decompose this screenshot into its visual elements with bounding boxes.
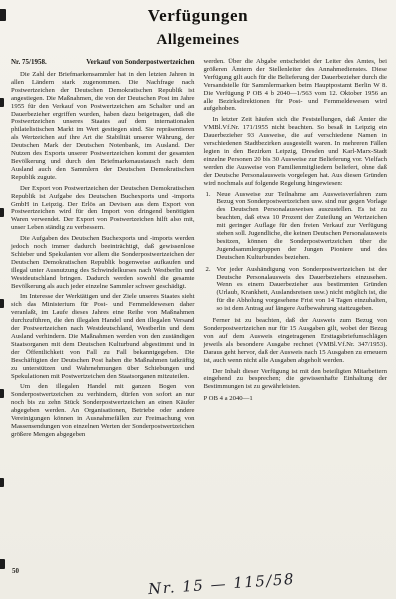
left-column: Nr. 75/1958. Verkauf von Sonderpostwertz… bbox=[11, 58, 195, 442]
page-number: 50 bbox=[12, 567, 19, 575]
list-text: Neue Ausweise zur Teilnahme am Ausweisve… bbox=[217, 191, 388, 262]
handwritten-annotation: Nr. 15 — 115/58 bbox=[148, 570, 296, 598]
masthead: Verfügungen Allgemeines bbox=[0, 0, 396, 49]
file-reference: P OB 4 a 2040—1 bbox=[204, 395, 388, 403]
list-marker: 1. bbox=[206, 191, 217, 199]
paragraph: Der Export von Postwertzeichen der Deuts… bbox=[11, 185, 195, 232]
paragraph: Im Interesse der Werktätigen und der Zie… bbox=[11, 293, 195, 380]
scan-edge-artifact bbox=[0, 478, 4, 487]
scan-edge-artifact bbox=[0, 389, 4, 398]
paragraph-continuation: werden. Über die Abgabe entscheidet der … bbox=[204, 58, 388, 113]
paragraph: Um den illegalen Handel mit ganzen Bogen… bbox=[11, 383, 195, 438]
numbered-list-item: 1. Neue Ausweise zur Teilnahme am Auswei… bbox=[206, 191, 388, 262]
section-title: Allgemeines bbox=[0, 32, 396, 49]
paragraph: Die Zahl der Briefmarkensammler hat in d… bbox=[11, 71, 195, 182]
scan-edge-artifact bbox=[0, 9, 6, 21]
scan-edge-artifact bbox=[0, 98, 4, 107]
scan-edge-artifact bbox=[0, 299, 4, 308]
scanned-document-page: Verfügungen Allgemeines Nr. 75/1958. Ver… bbox=[0, 0, 396, 599]
article-heading: Nr. 75/1958. Verkauf von Sonderpostwertz… bbox=[11, 58, 195, 67]
article-number: Nr. 75/1958. bbox=[11, 58, 47, 67]
scan-edge-artifact bbox=[0, 208, 4, 217]
document-title: Verfügungen bbox=[0, 6, 396, 26]
right-column: werden. Über die Abgabe entscheidet der … bbox=[204, 58, 388, 442]
paragraph: Die Aufgaben des Deutschen Buchexports u… bbox=[11, 235, 195, 290]
two-column-body: Nr. 75/1958. Verkauf von Sonderpostwertz… bbox=[0, 49, 396, 442]
list-marker: 2. bbox=[206, 266, 217, 274]
paragraph: Der Inhalt dieser Verfügung ist mit den … bbox=[204, 368, 388, 392]
list-text: Vor jeder Aushändigung von Sonderpostwer… bbox=[217, 266, 388, 313]
article-title: Verkauf von Sonderpostwertzeichen bbox=[86, 58, 194, 67]
paragraph: Ferner ist zu beachten, daß der Ausweis … bbox=[204, 317, 388, 364]
numbered-list-item: 2. Vor jeder Aushändigung von Sonderpost… bbox=[206, 266, 388, 313]
paragraph: In letzter Zeit häufen sich die Feststel… bbox=[204, 116, 388, 187]
scan-edge-artifact bbox=[0, 559, 5, 569]
